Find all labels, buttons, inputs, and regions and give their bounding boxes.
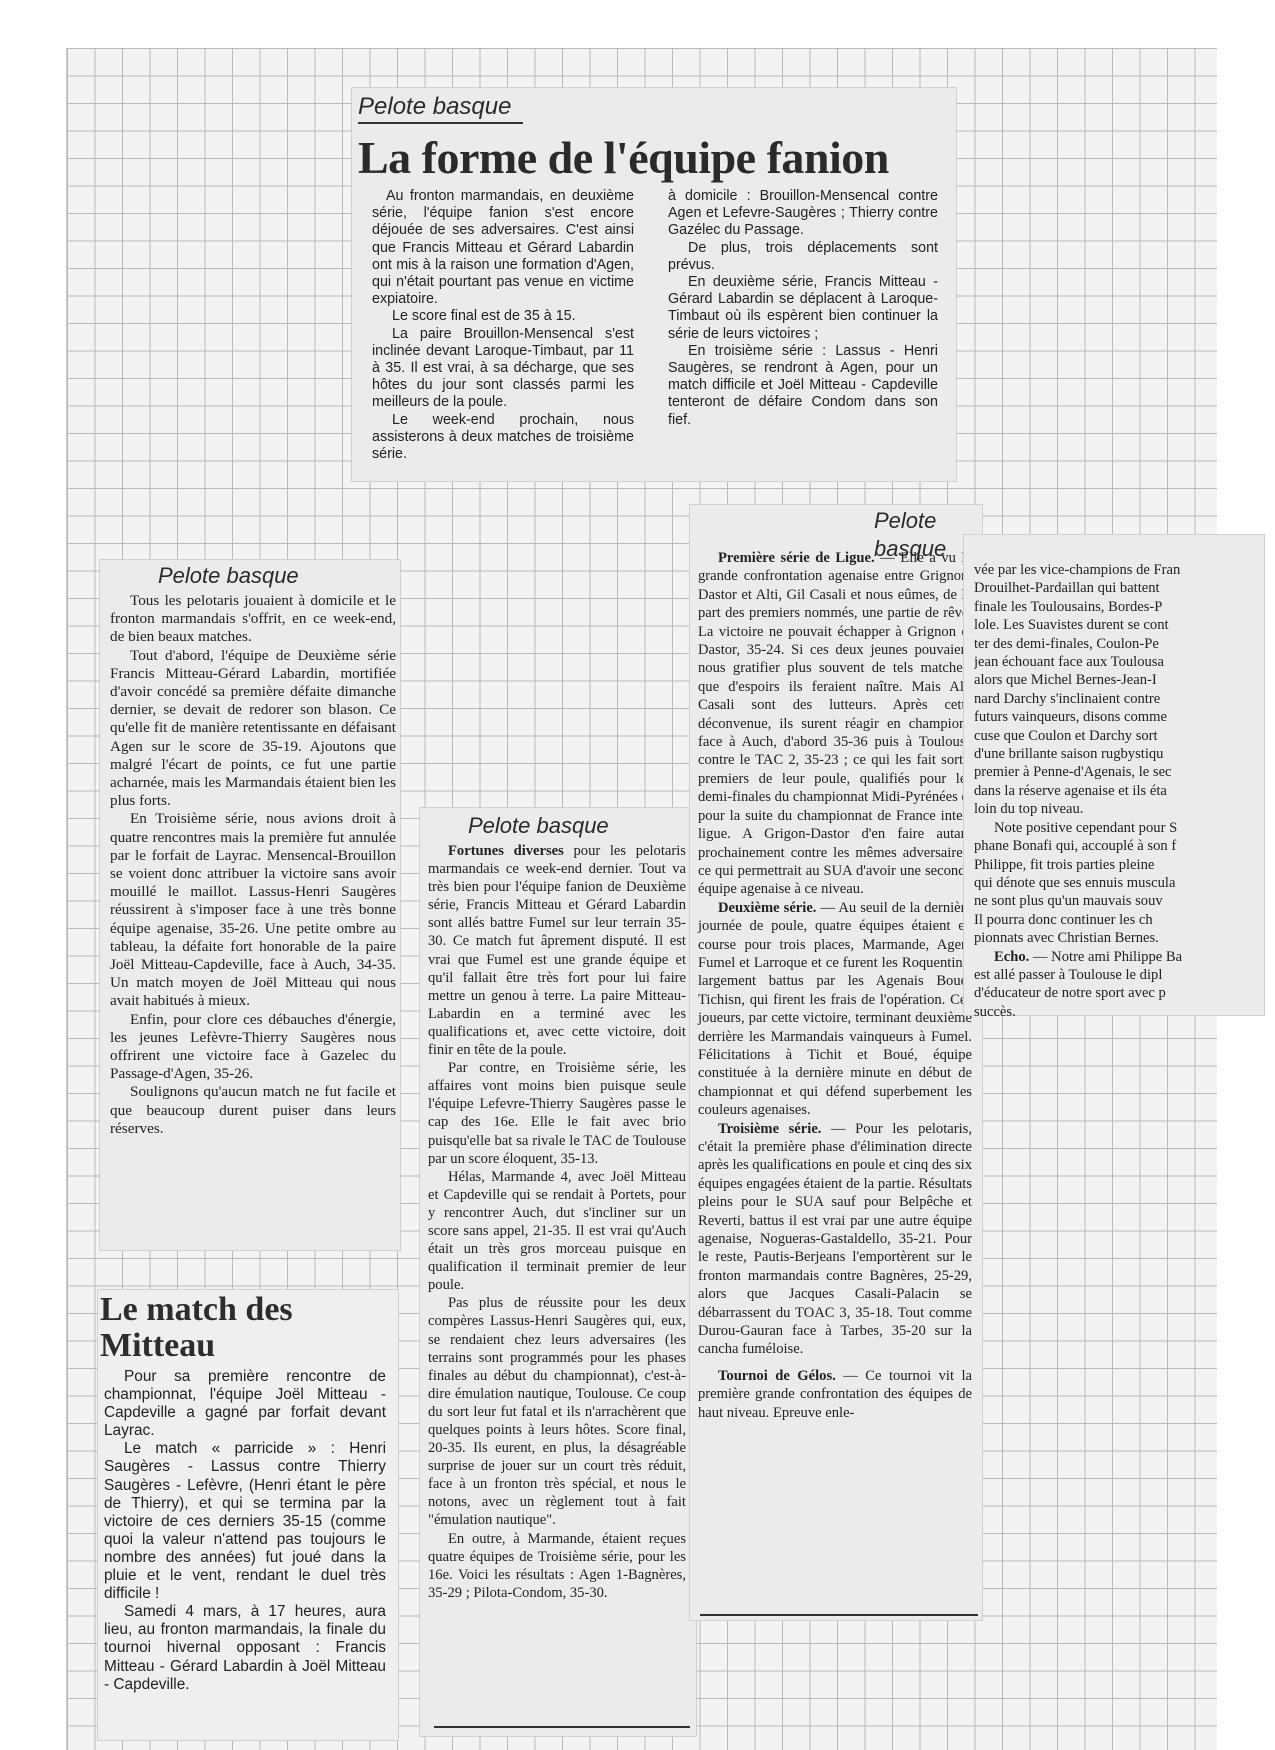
text-line: Il pourra donc continuer les ch <box>974 911 1264 929</box>
text-line: d'éducateur de notre sport avec p <box>974 984 1264 1002</box>
text-line: lole. Les Suavistes durent se cont <box>974 616 1264 634</box>
text-line: nard Darchy s'inclinaient contre <box>974 690 1264 708</box>
lead-in: Echo. <box>994 949 1029 965</box>
paragraph: En outre, à Marmande, étaient reçues qua… <box>428 1530 686 1602</box>
text-line: d'une brillante saison rugbystiqu <box>974 745 1264 763</box>
text-line: qui dénote que ses ennuis muscula <box>974 874 1264 892</box>
paragraph: Tous les pelotaris jouaient à domicile e… <box>110 592 396 647</box>
text-line: succès. <box>974 1003 1264 1021</box>
article-column-2: à domicile : Brouillon-Mensencal contre … <box>668 188 938 429</box>
clipping-tous-les-pelotaris: Pelote basque Tous les pelotaris jouaien… <box>100 560 400 1250</box>
text-line: phane Bonafi qui, accouplé à son f <box>974 837 1264 855</box>
clipping-cutoff-column: vée par les vice-champions de Fran Droui… <box>964 535 1264 1015</box>
section-kicker: Pelote basque <box>468 812 609 840</box>
text-line: vée par les vice-champions de Fran <box>974 561 1264 579</box>
text-line: ne sont plus qu'un mauvais souv <box>974 892 1264 910</box>
paragraph: Le score final est de 35 à 15. <box>372 308 634 325</box>
text-line: alors que Michel Bernes-Jean-I <box>974 671 1264 689</box>
section-text: — Pour les pelotaris, c'était la premièr… <box>698 1121 972 1358</box>
bottom-rule <box>700 1614 978 1616</box>
paragraph: Tout d'abord, l'équipe de Deuxième série… <box>110 647 396 811</box>
paragraph-text: pour les pelotaris marmandais ce week-en… <box>428 843 686 1058</box>
headline: Le match des Mitteau <box>100 1292 398 1364</box>
text-line: ter des demi-finales, Coulon-Pe <box>974 635 1264 653</box>
paragraph: En troisième série : Lassus - Henri Saug… <box>668 343 938 429</box>
text-line: futurs vainqueurs, disons comme <box>974 708 1264 726</box>
article-column-1: Au fronton marmandais, en deuxième série… <box>372 188 634 463</box>
text-line: — Notre ami Philippe Ba <box>1029 949 1182 965</box>
clipping-fortunes-diverses: Pelote basque Fortunes diverses pour les… <box>420 808 696 1736</box>
section-text: — Elle a vu la grande confrontation agen… <box>698 550 972 897</box>
headline: La forme de l'équipe fanion <box>358 132 889 184</box>
text-line: premier à Penne-d'Agenais, le sec <box>974 763 1264 781</box>
text-line: loin du top niveau. <box>974 800 1264 818</box>
paragraph: à domicile : Brouillon-Mensencal contre … <box>668 188 938 240</box>
paragraph: Pas plus de réussite pour les deux compè… <box>428 1294 686 1529</box>
paragraph: Enfin, pour clore ces débauches d'énergi… <box>110 1011 396 1084</box>
text-line: Drouilhet-Pardaillan qui battent <box>974 579 1264 597</box>
clipping-la-forme: Pelote basque La forme de l'équipe fanio… <box>352 88 956 481</box>
paragraph: Pour sa première rencontre de championna… <box>104 1368 386 1440</box>
text-line: Note positive cependant pour S <box>974 819 1264 837</box>
paragraph: En deuxième série, Francis Mitteau - Gér… <box>668 274 938 343</box>
lead-in: Tournoi de Gélos. <box>718 1368 836 1384</box>
text-line: pionnats avec Christian Bernes. <box>974 929 1264 947</box>
section-kicker: Pelote basque <box>358 92 523 124</box>
section-kicker: Pelote basque <box>158 562 299 590</box>
article-body: Pour sa première rencontre de championna… <box>104 1368 386 1694</box>
text-line: finale les Toulousains, Bordes-P <box>974 598 1264 616</box>
text-line: Philippe, fit trois parties pleine <box>974 856 1264 874</box>
paragraph: De plus, trois déplacements sont prévus. <box>668 240 938 274</box>
clipping-match-des-mitteau: Le match des Mitteau Pour sa première re… <box>98 1290 398 1740</box>
lead-in: Fortunes diverses <box>448 843 564 859</box>
paragraph: En Troisième série, nous avions droit à … <box>110 810 396 1010</box>
article-body: Tous les pelotaris jouaient à domicile e… <box>110 592 396 1138</box>
article-body: Fortunes diverses pour les pelotaris mar… <box>428 842 686 1602</box>
lead-in: Deuxième série. <box>718 900 816 916</box>
section-text: — Au seuil de la dernière journée de pou… <box>698 900 972 1118</box>
paragraph: Le match « parricide » : Henri Saugères … <box>104 1440 386 1603</box>
text-line: jean échouant face aux Toulousa <box>974 653 1264 671</box>
lead-in: Troisième série. <box>718 1121 821 1137</box>
lead-in: Première série de Ligue. <box>718 550 875 566</box>
paragraph: Hélas, Marmande 4, avec Joël Mitteau et … <box>428 1168 686 1295</box>
bottom-rule <box>434 1726 690 1728</box>
text-line: dans la réserve agenaise et ils éta <box>974 782 1264 800</box>
paragraph: Au fronton marmandais, en deuxième série… <box>372 188 634 308</box>
article-body: vée par les vice-champions de Fran Droui… <box>974 561 1264 1021</box>
paragraph: La paire Brouillon-Mensencal s'est incli… <box>372 326 634 412</box>
clipping-premiere-serie-de-ligue: Pelote basque Première série de Ligue. —… <box>690 505 982 1620</box>
paragraph: Soulignons qu'aucun match ne fut facile … <box>110 1083 396 1138</box>
text-line: cuse que Coulon et Darchy sort <box>974 727 1264 745</box>
text-line: est allé passer à Toulouse le dipl <box>974 966 1264 984</box>
article-body: Première série de Ligue. — Elle a vu la … <box>698 549 972 1422</box>
paragraph: Par contre, en Troisième série, les affa… <box>428 1059 686 1168</box>
paragraph: Le week-end prochain, nous assisterons à… <box>372 412 634 464</box>
paragraph: Samedi 4 mars, à 17 heures, aura lieu, a… <box>104 1603 386 1693</box>
